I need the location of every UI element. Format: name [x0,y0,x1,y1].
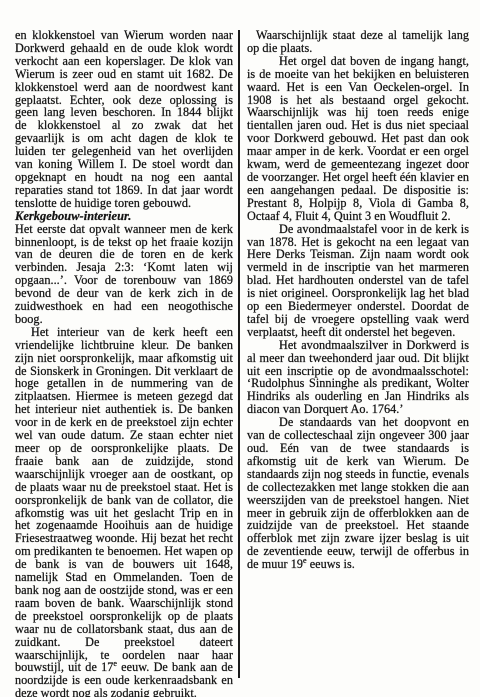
text-column-right: Waarschijnlijk staat deze al tamelijk la… [247,29,469,571]
text-column-left: en klokkenstoel van Wierum worden naar D… [15,29,233,697]
section-heading: Kerkgebouw-interieur. [15,210,233,223]
paragraph: en klokkenstoel van Wierum worden naar D… [15,29,233,210]
column-divider-rule [238,30,240,678]
superscript-ordinal: e [303,556,307,565]
paragraph: Het interieur van de kerk heeft een vrie… [15,326,233,697]
paragraph: Het avondmaalszilver in Dorkwerd is al m… [247,339,469,416]
paragraph: Het eerste dat opvalt wanneer men de ker… [15,223,233,326]
superscript-ordinal: e [113,659,117,668]
paragraph: De avondmaalstafel voor in de kerk is va… [247,223,469,339]
scanned-document-page: en klokkenstoel van Wierum worden naar D… [0,0,480,697]
paragraph: Waarschijnlijk staat deze al tamelijk la… [247,29,469,55]
paragraph: Het orgel dat boven de ingang hangt, is … [247,55,469,223]
paragraph: De standaards van het doopvont en van de… [247,416,469,571]
